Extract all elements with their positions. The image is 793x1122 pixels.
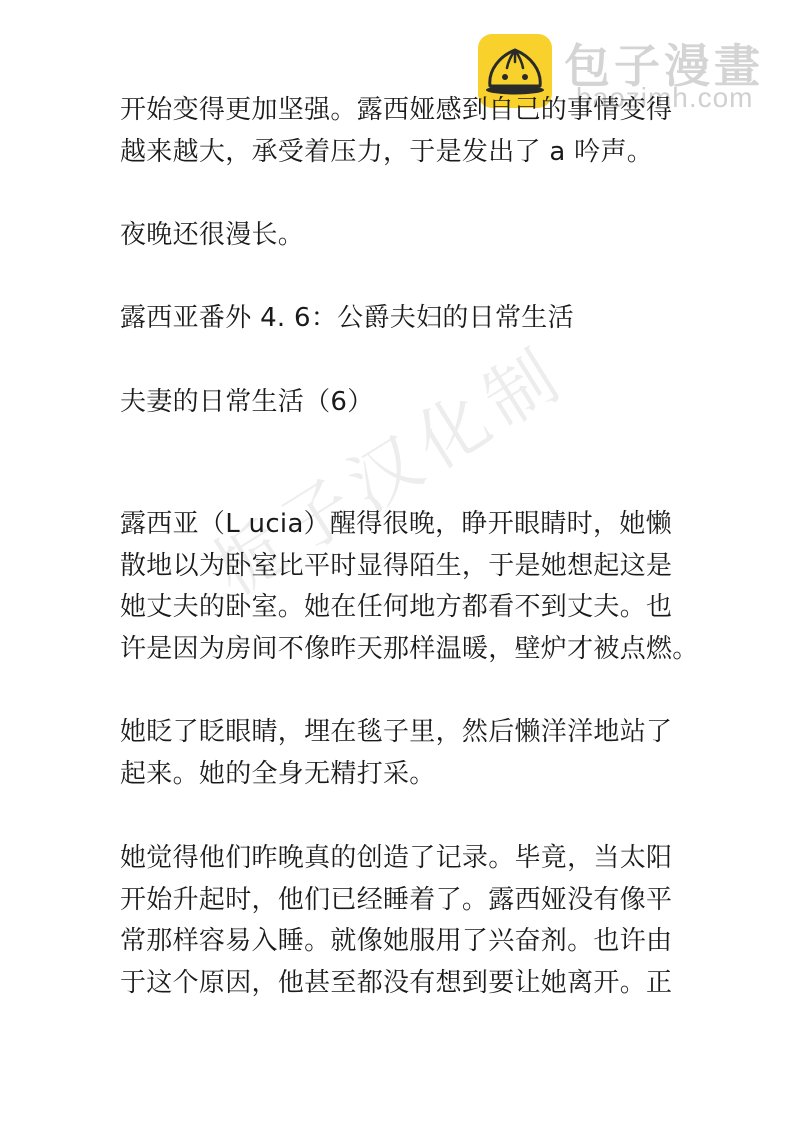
text-line: 散地以为卧室比平时显得陌生，于是她想起这是 xyxy=(120,546,700,588)
text-line: 夜晚还很漫长。 xyxy=(120,215,700,257)
text-line: 她眨了眨眼睛，埋在毯子里，然后懒洋洋地站了 xyxy=(120,712,700,754)
text-line: 她觉得他们昨晚真的创造了记录。毕竟，当太阳 xyxy=(120,838,700,880)
text-line: 开始升起时，他们已经睡着了。露西娅没有像平 xyxy=(120,880,700,922)
text-line: 露西亚（L ucia）醒得很晚，睁开眼睛时，她懒 xyxy=(120,504,700,546)
chapter-title: 露西亚番外 4. 6：公爵夫妇的日常生活 xyxy=(120,298,700,340)
text-line: 许是因为房间不像昨天那样温暖，壁炉才被点燃。 xyxy=(120,629,700,671)
document-page: 栀子汉化制 包子漫畫 baozimh.com 开始变得更加坚强。露西娅感到自己的… xyxy=(0,0,793,1122)
text-line: 越来越大，承受着压力，于是发出了 a 吟声。 xyxy=(120,132,700,174)
paragraph: 开始变得更加坚强。露西娅感到自己的事情变得 越来越大，承受着压力，于是发出了 a… xyxy=(120,90,700,173)
paragraph: 夜晚还很漫长。 xyxy=(120,215,700,257)
text-line: 露西亚番外 4. 6：公爵夫妇的日常生活 xyxy=(120,298,700,340)
paragraph: 她眨了眨眼睛，埋在毯子里，然后懒洋洋地站了 起来。她的全身无精打采。 xyxy=(120,712,700,795)
paragraph: 她觉得他们昨晚真的创造了记录。毕竟，当太阳 开始升起时，他们已经睡着了。露西娅没… xyxy=(120,838,700,1005)
text-line: 常那样容易入睡。就像她服用了兴奋剂。也许由 xyxy=(120,921,700,963)
paragraph: 露西亚（L ucia）醒得很晚，睁开眼睛时，她懒 散地以为卧室比平时显得陌生，于… xyxy=(120,504,700,671)
text-line: 开始变得更加坚强。露西娅感到自己的事情变得 xyxy=(120,90,700,132)
text-line: 起来。她的全身无精打采。 xyxy=(120,754,700,796)
section-title: 夫妻的日常生活（6） xyxy=(120,382,700,424)
text-line: 夫妻的日常生活（6） xyxy=(120,382,700,424)
text-line: 她丈夫的卧室。她在任何地方都看不到丈夫。也 xyxy=(120,587,700,629)
text-line: 于这个原因，他甚至都没有想到要让她离开。正 xyxy=(120,963,700,1005)
